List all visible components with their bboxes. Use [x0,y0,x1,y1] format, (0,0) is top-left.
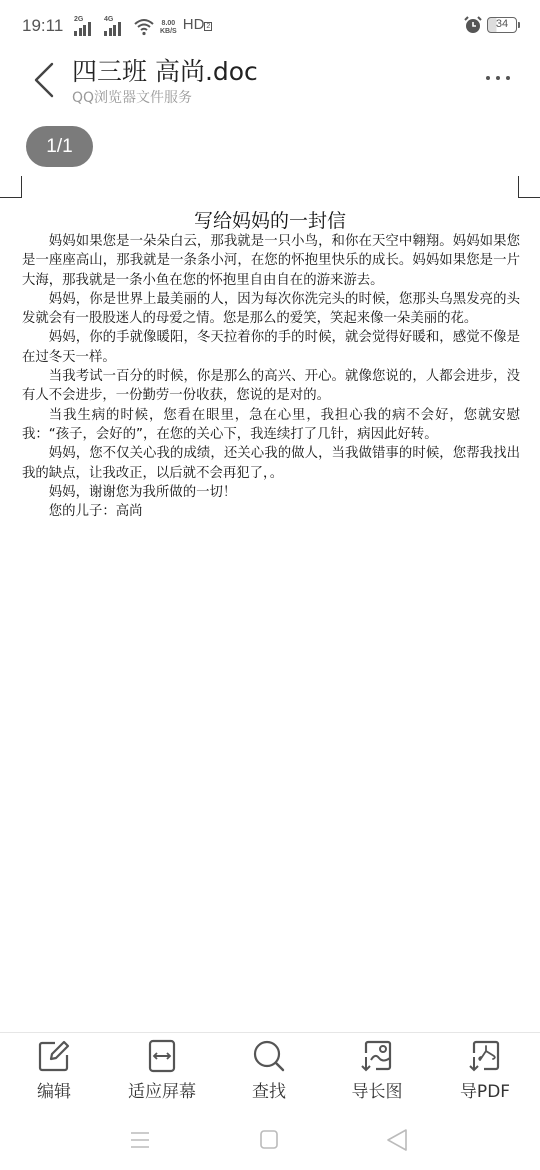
export-long-image-icon [360,1039,394,1073]
document-title: 四三班 高尚.doc [72,52,258,88]
page-corner-mark [0,176,22,198]
system-navigation-bar [0,1104,540,1170]
signal-4g-icon: 4G [104,18,128,36]
signature: 您的儿子：高尚 [22,502,520,521]
alarm-icon [464,16,482,34]
search-icon [252,1039,286,1073]
fit-screen-icon [145,1039,179,1073]
export-pdf-button[interactable]: 导PDF [435,1039,535,1103]
home-icon[interactable] [254,1126,284,1154]
document-body: 妈妈如果您是一朵朵白云，那我就是一只小鸟，和你在天空中翱翔。妈妈如果您是一座座高… [22,232,520,521]
export-long-image-button[interactable]: 导长图 [327,1039,427,1103]
battery-icon: 34 [487,17,517,33]
dot [486,76,490,80]
edit-button[interactable]: 编辑 [4,1039,104,1103]
paragraph: 妈妈，您不仅关心我的成绩，还关心我的做人，当我做错事的时候，您帮我找出我的缺点，… [22,444,520,483]
network-speed: 8.00 KB/S [160,20,177,36]
status-bar: 19:11 2G 4G 8.00 KB/S HD2 34 [0,0,540,50]
search-button[interactable]: 查找 [219,1039,319,1103]
paragraph: 妈妈如果您是一朵朵白云，那我就是一只小鸟，和你在天空中翱翔。妈妈如果您是一座座高… [22,232,520,290]
status-time: 19:11 [22,16,63,36]
back-nav-icon[interactable] [380,1126,410,1154]
document-source: QQ浏览器文件服务 [72,87,192,107]
wifi-icon [134,18,154,36]
paragraph: 当我生病的时候，您看在眼里，急在心里，我担心我的病不会好，您就安慰我：“孩子，会… [22,406,520,445]
menu-icon[interactable] [126,1126,156,1154]
dot [506,76,510,80]
paragraph: 妈妈，你的手就像暖阳，冬天拉着你的手的时候，就会觉得好暖和，感觉不像是在过冬天一… [22,328,520,367]
paragraph: 妈妈，你是世界上最美丽的人，因为每次你洗完头的时候，您那头乌黑发亮的头发就会有一… [22,290,520,329]
hd-voice-icon: HD2 [183,16,213,36]
export-pdf-icon [468,1039,502,1073]
back-button[interactable] [28,58,64,102]
document-page[interactable]: 写给妈妈的一封信 妈妈如果您是一朵朵白云，那我就是一只小鸟，和你在天空中翱翔。妈… [0,176,540,1032]
status-icons: 2G 4G 8.00 KB/S HD2 [74,14,212,36]
header: 四三班 高尚.doc QQ浏览器文件服务 [0,50,540,116]
paragraph: 当我考试一百分的时候，你是那么的高兴、开心。就像您说的，人都会进步，没有人不会进… [22,367,520,406]
dot [496,76,500,80]
page-indicator: 1/1 [26,126,93,167]
bottom-toolbar: 编辑 适应屏幕 查找 导长图 导PDF [0,1032,540,1104]
document-heading: 写给妈妈的一封信 [0,206,540,233]
more-options-button[interactable] [478,66,518,90]
page-corner-mark [518,176,540,198]
fit-screen-button[interactable]: 适应屏幕 [112,1039,212,1103]
edit-icon [37,1039,71,1073]
signal-2g-icon: 2G [74,18,98,36]
paragraph: 妈妈，谢谢您为我所做的一切！ [22,483,520,502]
